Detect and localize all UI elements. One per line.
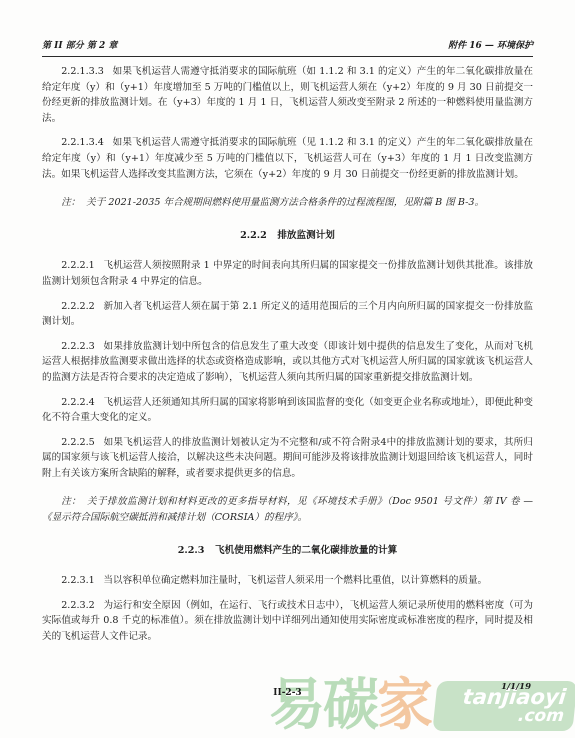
paragraph-2-2-1-3-3: 2.2.1.3.3如果飞机运营人需遵守抵消要求的国际航班（如 1.1.2 和 3… [42, 64, 533, 126]
section-number: 2.2.2.1 [61, 260, 95, 271]
section-number: 2.2.2.5 [61, 437, 95, 448]
paragraph-text: 如果排放监测计划中所包含的信息发生了重大改变（即该计划中提供的信息发生了变化，从… [42, 341, 533, 383]
paragraph-2-2-1-3-4: 2.2.1.3.4如果飞机运营人需遵守抵消要求的国际航班（见 1.1.2 和 3… [42, 135, 533, 182]
section-number: 2.2.1.3.4 [61, 137, 104, 148]
heading-title: 飞机使用燃料产生的二氧化碳排放量的计算 [215, 545, 397, 556]
note-guidance-doc-9501: 注：关于排放监测计划和材料更改的更多指导材料，见《环境技术手册》（Doc 950… [42, 494, 533, 525]
note-fuel-monitoring-flowchart: 注：关于 2021-2035 年合规期间燃料使用量监测方法合格条件的过程流程图，… [42, 195, 533, 211]
paragraph-2-2-2-1: 2.2.2.1飞机运营人须按照附录 1 中界定的时间表向其所归属的国家提交一份排… [42, 258, 533, 289]
section-number: 2.2.2.2 [61, 301, 95, 312]
watermark-domain-tld: .com [441, 708, 565, 725]
paragraph-text: 如果飞机运营人的排放监测计划被认定为不完整和/或不符合附录4中的排放监测计划的要… [42, 437, 533, 479]
section-number: 2.2.2.3 [61, 341, 95, 352]
heading-number: 2.2.3 [178, 545, 205, 556]
section-number: 2.2.1.3.3 [61, 66, 104, 77]
heading-2-2-3: 2.2.3飞机使用燃料产生的二氧化碳排放量的计算 [42, 543, 533, 559]
paragraph-2-2-2-2: 2.2.2.2新加入者飞机运营人须在属于第 2.1 所定义的适用范围后的三个月内… [42, 299, 533, 330]
section-number: 2.2.3.1 [61, 575, 95, 586]
document-page: 第 II 部分 第 2 章 附件 16 — 环境保护 2.2.1.3.3如果飞机… [0, 0, 575, 738]
page-header: 第 II 部分 第 2 章 附件 16 — 环境保护 [42, 38, 533, 57]
paragraph-2-2-2-3: 2.2.2.3如果排放监测计划中所包含的信息发生了重大改变（即该计划中提供的信息… [42, 339, 533, 386]
paragraph-text: 当以容积单位确定燃料加注量时，飞机运营人须采用一个燃料比重值，以计算燃料的质量。 [103, 575, 487, 586]
paragraph-text: 如果飞机运营人需遵守抵消要求的国际航班（如 1.1.2 和 3.1 的定义）产生… [42, 66, 533, 124]
watermark-logo-orange-text: 家 [377, 678, 431, 734]
page-number: II-2-3 [0, 688, 575, 698]
section-number: 2.2.2.4 [61, 397, 95, 408]
effective-date: 1/1/19 [501, 682, 531, 692]
paragraph-text: 飞机运营人还须通知其所归属的国家将影响到该国监督的变化（如变更企业名称或地址），… [42, 397, 533, 424]
note-text: 关于 2021-2035 年合规期间燃料使用量监测方法合格条件的过程流程图，见附… [86, 197, 484, 208]
section-number: 2.2.3.2 [61, 600, 95, 611]
heading-2-2-2: 2.2.2排放监测计划 [42, 228, 533, 244]
note-text: 关于排放监测计划和材料更改的更多指导材料，见《环境技术手册》（Doc 9501 … [42, 496, 533, 523]
paragraph-text: 飞机运营人须按照附录 1 中界定的时间表向其所归属的国家提交一份排放监测计划供其… [42, 260, 533, 287]
note-label: 注： [61, 496, 81, 507]
paragraph-text: 如果飞机运营人需遵守抵消要求的国际航班（见 1.1.2 和 3.1 的定义）产生… [42, 137, 533, 179]
paragraph-text: 新加入者飞机运营人须在属于第 2.1 所定义的适用范围后的三个月内向所归属的国家… [42, 301, 533, 328]
heading-title: 排放监测计划 [277, 230, 335, 241]
document-body: 2.2.1.3.3如果飞机运营人需遵守抵消要求的国际航班（如 1.1.2 和 3… [42, 64, 533, 654]
note-label: 注： [61, 197, 80, 208]
paragraph-2-2-3-2: 2.2.3.2为运行和安全原因（例如，在运行、飞行或技术日志中），飞机运营人须记… [42, 598, 533, 645]
header-part-chapter: 第 II 部分 第 2 章 [42, 38, 117, 51]
paragraph-2-2-2-5: 2.2.2.5如果飞机运营人的排放监测计划被认定为不完整和/或不符合附录4中的排… [42, 435, 533, 482]
heading-number: 2.2.2 [240, 230, 267, 241]
paragraph-text: 为运行和安全原因（例如，在运行、飞行或技术日志中），飞机运营人须记录所使用的燃料… [42, 600, 533, 642]
paragraph-2-2-2-4: 2.2.2.4飞机运营人还须通知其所归属的国家将影响到该国监督的变化（如变更企业… [42, 395, 533, 426]
header-annex-title: 附件 16 — 环境保护 [448, 38, 533, 51]
paragraph-2-2-3-1: 2.2.3.1当以容积单位确定燃料加注量时，飞机运营人须采用一个燃料比重值，以计… [42, 573, 533, 589]
watermark-logo-green-text: 易碳 [269, 678, 377, 734]
